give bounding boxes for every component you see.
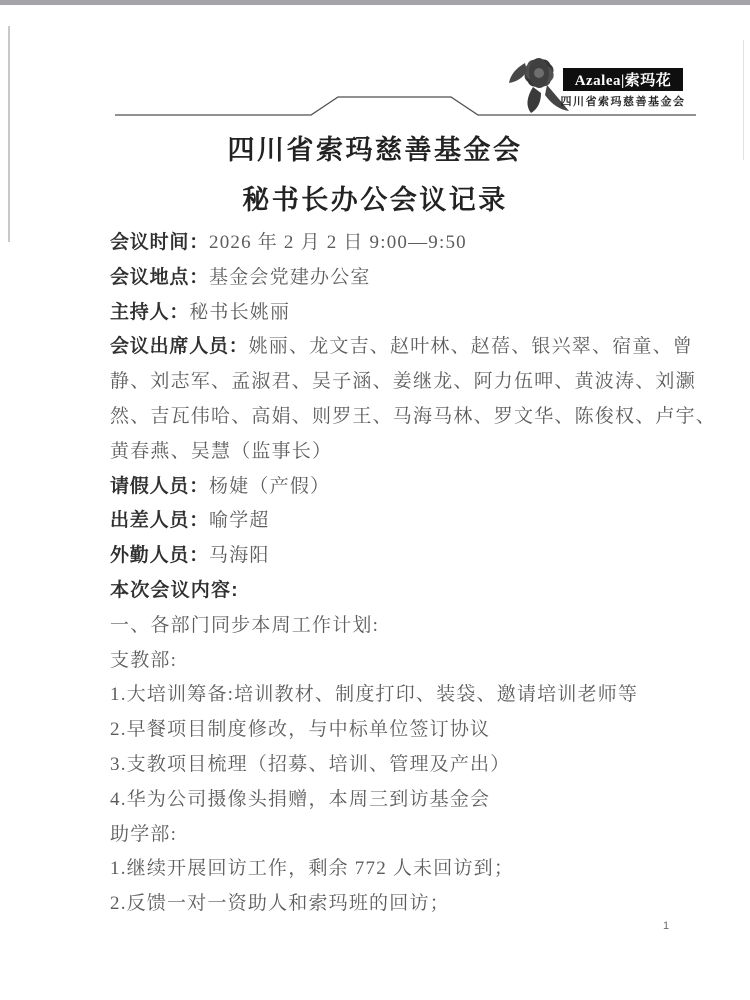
task-line: 4.华为公司摄像头捐赠，本周三到访基金会	[110, 783, 685, 818]
document-title-line1: 四川省索玛慈善基金会	[0, 128, 750, 167]
task-line: 2.早餐项目制度修改，与中标单位签订协议	[110, 713, 685, 748]
meeting-place-label: 会议地点：	[110, 267, 209, 288]
document-title-block: 四川省索玛慈善基金会 秘书长办公会议记录	[0, 128, 750, 217]
page-number: 1	[663, 920, 669, 932]
attendees-row-4: 黄春燕、吴慧（监事长）	[110, 435, 685, 470]
task-line: 1.继续开展回访工作，剩余 772 人未回访到；	[110, 852, 685, 887]
business-trip-label: 出差人员：	[110, 510, 209, 531]
task-line: 1.大培训筹备:培训教材、制度打印、装袋、邀请培训老师等	[110, 678, 685, 713]
attendees-row-2: 静、刘志军、孟淑君、吴子涵、姜继龙、阿力伍呷、黄波涛、刘灏	[110, 365, 685, 400]
attendees-row-3: 然、吉瓦伟哈、高娟、则罗王、马海马林、罗文华、陈俊权、卢宇、	[110, 400, 685, 435]
document-body: 会议时间：2026 年 2 月 2 日 9:00—9:50 会议地点：基金会党建…	[110, 226, 685, 922]
meeting-place-row: 会议地点：基金会党建办公室	[110, 261, 685, 296]
section-heading-teaching: 支教部:	[110, 644, 685, 679]
field-work-value: 马海阳	[209, 545, 270, 566]
business-trip-value: 喻学超	[209, 510, 270, 531]
leave-value: 杨婕（产假）	[209, 476, 330, 497]
meeting-time-row: 会议时间：2026 年 2 月 2 日 9:00—9:50	[110, 226, 685, 261]
task-line: 2.反馈一对一资助人和索玛班的回访；	[110, 887, 685, 922]
meeting-time-label: 会议时间：	[110, 232, 209, 253]
business-trip-row: 出差人员：喻学超	[110, 504, 685, 539]
attendees-label: 会议出席人员：	[110, 336, 249, 357]
leave-label: 请假人员：	[110, 476, 209, 497]
meeting-time-value: 2026 年 2 月 2 日 9:00—9:50	[209, 232, 467, 253]
field-work-label: 外勤人员：	[110, 545, 209, 566]
attendees-names-4: 黄春燕、吴慧（监事长）	[110, 441, 332, 462]
leave-row: 请假人员：杨婕（产假）	[110, 470, 685, 505]
scan-edge-top	[0, 0, 750, 5]
attendees-row-1: 会议出席人员：姚丽、龙文吉、赵叶林、赵蓓、银兴翠、宿童、曾	[110, 330, 685, 365]
meeting-host-row: 主持人：秘书长姚丽	[110, 296, 685, 331]
document-title-line2: 秘书长办公会议记录	[0, 178, 750, 217]
attendees-names-1: 姚丽、龙文吉、赵叶林、赵蓓、银兴翠、宿童、曾	[249, 336, 693, 357]
attendees-names-2: 静、刘志军、孟淑君、吴子涵、姜继龙、阿力伍呷、黄波涛、刘灏	[110, 371, 696, 392]
content-heading: 本次会议内容:	[110, 574, 685, 609]
meeting-host-value: 秘书长姚丽	[189, 302, 290, 323]
agenda-heading: 一、各部门同步本周工作计划:	[110, 609, 685, 644]
meeting-place-value: 基金会党建办公室	[209, 267, 371, 288]
task-line: 3.支教项目梳理（招募、培训、管理及产出）	[110, 748, 685, 783]
field-work-row: 外勤人员：马海阳	[110, 539, 685, 574]
meeting-host-label: 主持人：	[110, 302, 189, 323]
attendees-names-3: 然、吉瓦伟哈、高娟、则罗王、马海马林、罗文华、陈俊权、卢宇、	[110, 406, 716, 427]
section-heading-student-aid: 助学部:	[110, 818, 685, 853]
logo-banner-text: Azalea|索玛花	[575, 69, 672, 90]
header-divider-rule	[90, 88, 705, 122]
